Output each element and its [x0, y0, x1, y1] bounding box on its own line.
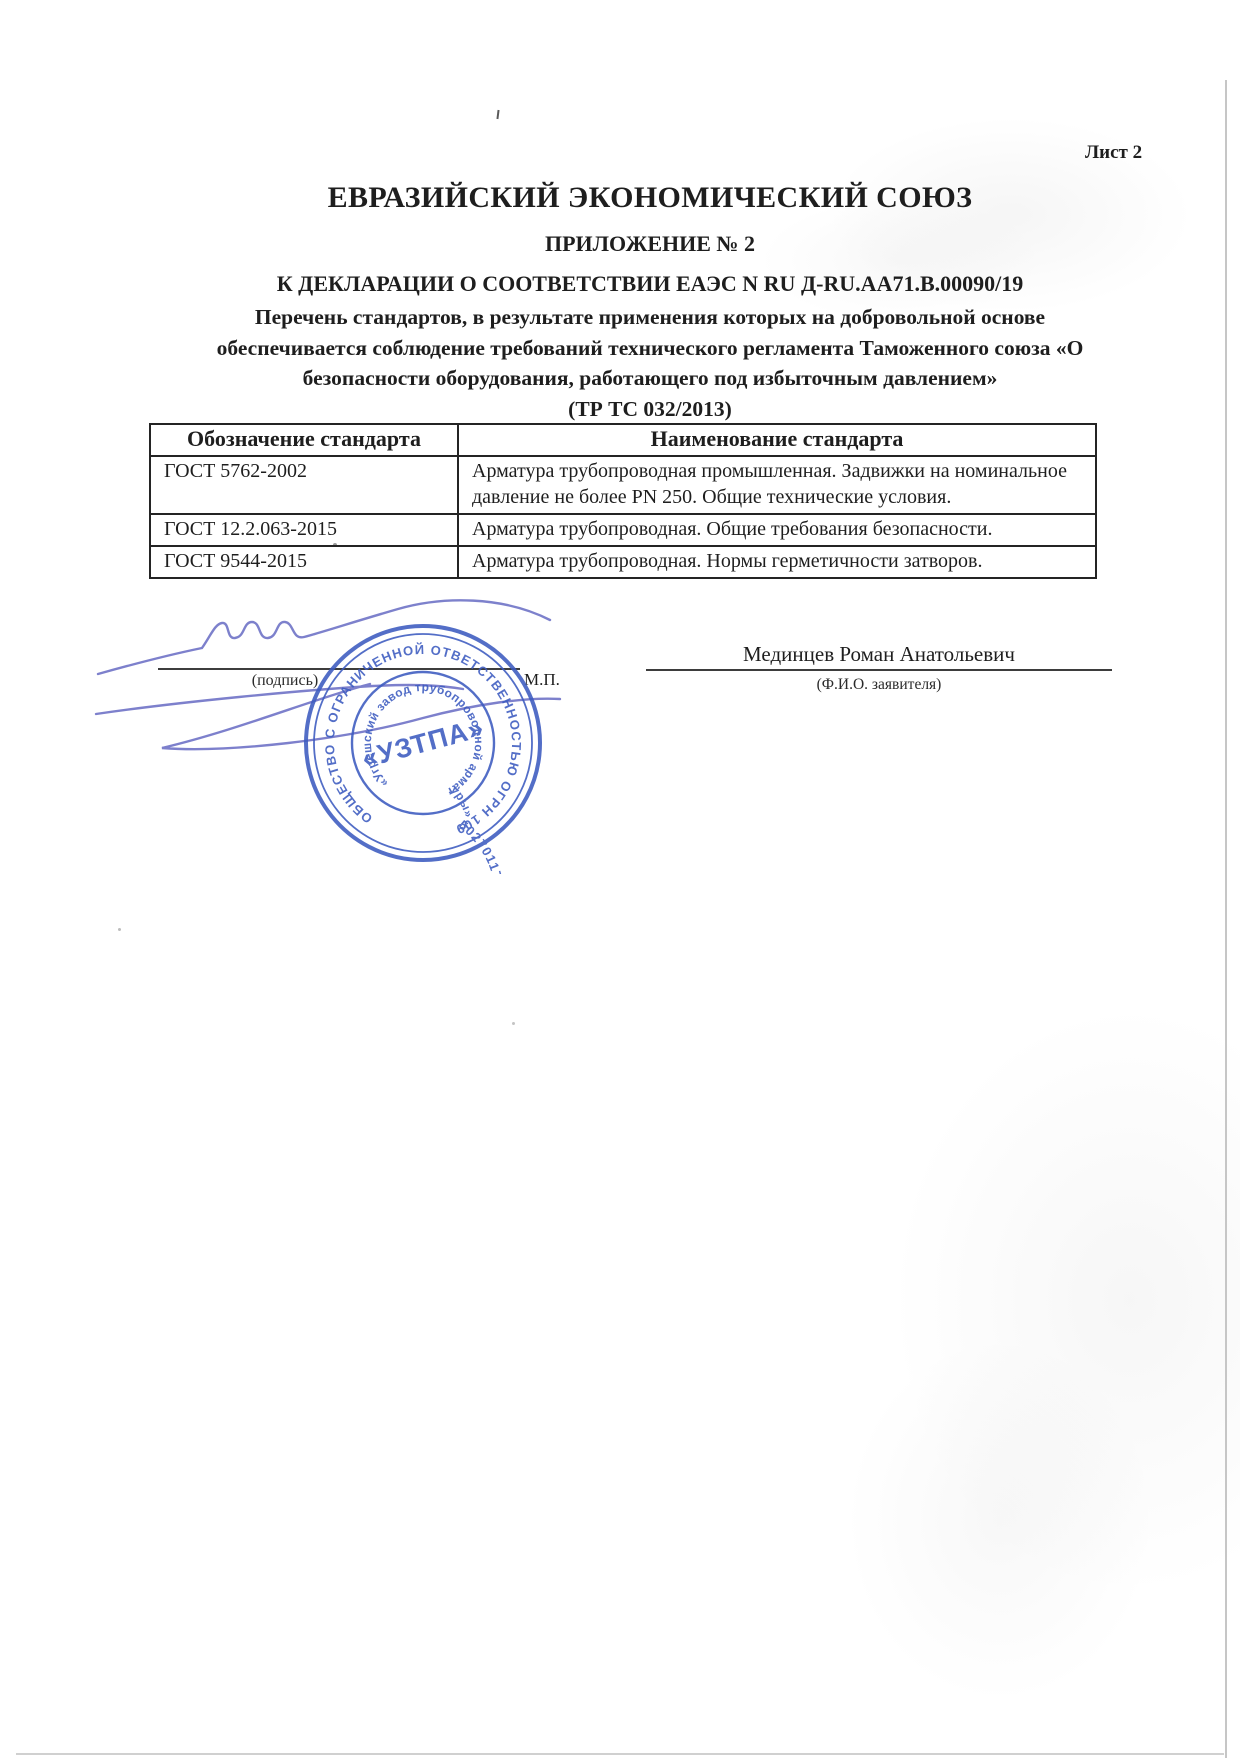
scan-edge-right — [1225, 80, 1227, 1758]
intro-paragraph: Перечень стандартов, в результате примен… — [150, 302, 1150, 424]
intro-line-2: обеспечивается соблюдение требований тех… — [150, 333, 1150, 364]
table-row: ГОСТ 12.2.063-2015 Арматура трубопроводн… — [150, 514, 1096, 546]
intro-line-4: (ТР ТС 032/2013) — [150, 394, 1150, 425]
document-page: Лист 2 ЕВРАЗИЙСКИЙ ЭКОНОМИЧЕСКИЙ СОЮЗ ПР… — [0, 0, 1240, 1760]
table-row: ГОСТ 5762-2002 Арматура трубопроводная п… — [150, 456, 1096, 514]
document-title: ЕВРАЗИЙСКИЙ ЭКОНОМИЧЕСКИЙ СОЮЗ — [150, 181, 1150, 215]
scan-speck — [118, 928, 121, 931]
column-header-designation: Обозначение стандарта — [150, 424, 458, 456]
applicant-caption: (Ф.И.О. заявителя) — [640, 676, 1118, 694]
intro-line-3: безопасности оборудования, работающего п… — [150, 363, 1150, 394]
applicant-name: Мединцев Роман Анатольевич — [640, 642, 1118, 667]
column-header-name: Наименование стандарта — [458, 424, 1096, 456]
table-header-row: Обозначение стандарта Наименование станд… — [150, 424, 1096, 456]
standard-name: Арматура трубопроводная. Общие требовани… — [458, 514, 1096, 546]
scan-edge-bottom — [16, 1753, 1224, 1755]
scan-speck — [512, 1022, 515, 1025]
scan-speck — [496, 110, 499, 119]
standard-designation: ГОСТ 12.2.063-2015 — [150, 514, 458, 546]
intro-line-1: Перечень стандартов, в результате примен… — [150, 302, 1150, 333]
document-subtitle: ПРИЛОЖЕНИЕ № 2 — [150, 231, 1150, 257]
company-stamp: ОБЩЕСТВО С ОГРАНИЧЕННОЙ ОТВЕТСТВЕННОСТЬЮ… — [292, 612, 554, 874]
applicant-name-line — [646, 669, 1112, 671]
standard-name: Арматура трубопроводная промышленная. За… — [458, 456, 1096, 514]
standard-designation: ГОСТ 5762-2002 — [150, 456, 458, 514]
declaration-number-line: К ДЕКЛАРАЦИИ О СООТВЕТСТВИИ ЕАЭС N RU Д-… — [150, 271, 1150, 297]
sheet-number: Лист 2 — [1085, 142, 1142, 164]
